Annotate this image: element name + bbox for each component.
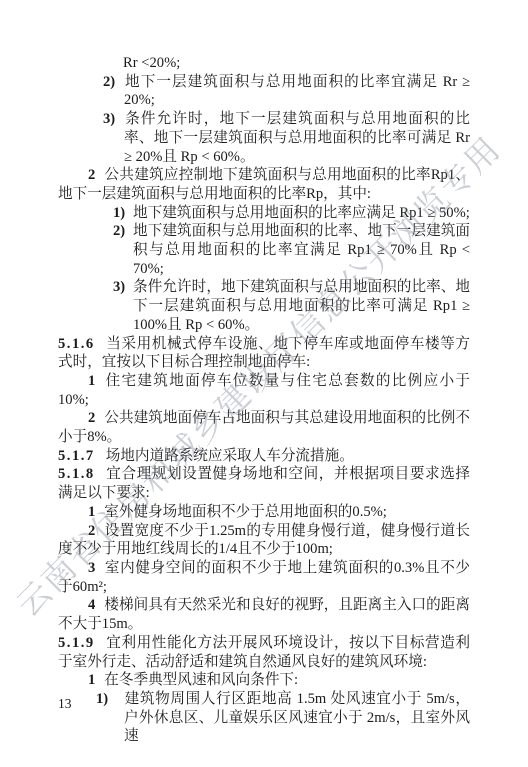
page-number: 13 bbox=[58, 696, 72, 712]
paragraph-label: 2 bbox=[88, 410, 95, 426]
paragraph: 2)地下一层建筑面积与总用地面积的比率宜满足 Rr ≥ 20%; bbox=[58, 73, 470, 110]
paragraph-text: 当采用机械式停车设施、地下停车库或地面停车楼等方式时，宜按以下目标合理控制地面停… bbox=[58, 336, 470, 371]
paragraph: 1住宅建筑地面停车位数量与住宅总套数的比例应小于10%; bbox=[58, 372, 470, 409]
paragraph-label: 5.1.9 bbox=[58, 635, 95, 651]
paragraph-text: 建筑物周围人行区距地高 1.5m 处风速宜小于 5m/s，户外休息区、儿童娱乐区… bbox=[124, 691, 470, 744]
paragraph-text: 在冬季典型风速和风向条件下: bbox=[104, 672, 298, 688]
paragraph-label: 2 bbox=[88, 523, 95, 539]
paragraph-text: Rr <20%; bbox=[123, 55, 180, 71]
paragraph-label: 1) bbox=[96, 690, 124, 709]
paragraph: 3室内健身空间的面积不少于地上建筑面积的0.3%且不少于60m²; bbox=[58, 559, 470, 596]
paragraph-text: 公共建筑应控制地下建筑面积与总用地面积的比率Rp1、地下一层建筑面积与总用地面积… bbox=[58, 167, 470, 202]
paragraph: 2公共建筑应控制地下建筑面积与总用地面积的比率Rp1、地下一层建筑面积与总用地面… bbox=[58, 166, 470, 203]
paragraph-text: 宜利用性能化方法开展风环境设计，按以下目标营造利于室外行走、活动舒适和建筑自然通… bbox=[58, 635, 470, 670]
document-body: Rr <20%;2)地下一层建筑面积与总用地面积的比率宜满足 Rr ≥ 20%;… bbox=[58, 54, 470, 746]
paragraph-text: 楼梯间具有天然采光和良好的视野，且距离主入口的距离不大于15m。 bbox=[58, 597, 470, 632]
paragraph: 5.1.9宜利用性能化方法开展风环境设计，按以下目标营造利于室外行走、活动舒适和… bbox=[58, 634, 470, 671]
paragraph: 3)条件允许时，地下建筑面积与总用地面积的比率、地下一层建筑面积与总用地面积的比… bbox=[58, 278, 470, 334]
paragraph-text: 地下一层建筑面积与总用地面积的比率宜满足 Rr ≥ 20%; bbox=[124, 74, 470, 109]
paragraph: 2公共建筑地面停车占地面积与其总建设用地面积的比例不小于8%。 bbox=[58, 409, 470, 446]
paragraph: 1)地下建筑面积与总用地面积的比率应满足 Rp1 ≥ 50%; bbox=[58, 204, 470, 223]
paragraph-label: 3) bbox=[103, 110, 124, 129]
paragraph: 2)地下建筑面积与总用地面积的比率、地下一层建筑面积与总用地面积的比率宜满足 R… bbox=[58, 222, 470, 278]
paragraph: 4楼梯间具有天然采光和良好的视野，且距离主入口的距离不大于15m。 bbox=[58, 596, 470, 633]
paragraph-label: 2) bbox=[113, 222, 133, 241]
paragraph-text: 公共建筑地面停车占地面积与其总建设用地面积的比例不小于8%。 bbox=[58, 410, 470, 445]
paragraph-label: 1 bbox=[88, 504, 95, 520]
paragraph: 1)建筑物周围人行区距地高 1.5m 处风速宜小于 5m/s，户外休息区、儿童娱… bbox=[58, 690, 470, 746]
paragraph-label: 1) bbox=[113, 204, 133, 223]
paragraph-label: 2 bbox=[88, 167, 95, 183]
paragraph: Rr <20%; bbox=[58, 54, 470, 73]
paragraph-text: 场地内道路系统应采取人车分流措施。 bbox=[106, 448, 354, 464]
paragraph-label: 3 bbox=[88, 560, 95, 576]
paragraph-label: 2) bbox=[103, 73, 124, 92]
paragraph: 3)条件允许时，地下一层建筑面积与总用地面积的比率、地下一层建筑面积与总用地面积… bbox=[58, 110, 470, 166]
paragraph: 5.1.7场地内道路系统应采取人车分流措施。 bbox=[58, 447, 470, 466]
paragraph-label: 1 bbox=[88, 672, 95, 688]
paragraph: 1室外健身场地面积不少于总用地面积的0.5%; bbox=[58, 503, 470, 522]
paragraph-label: 5.1.8 bbox=[58, 466, 95, 482]
paragraph-label: 5.1.6 bbox=[58, 336, 95, 352]
paragraph-label: 3) bbox=[113, 278, 133, 297]
paragraph-text: 住宅建筑地面停车位数量与住宅总套数的比例应小于10%; bbox=[58, 373, 470, 408]
paragraph: 5.1.8宜合理规划设置健身场地和空间，并根据项目要求选择满足以下要求: bbox=[58, 465, 470, 502]
paragraph: 5.1.6当采用机械式停车设施、地下停车库或地面停车楼等方式时，宜按以下目标合理… bbox=[58, 335, 470, 372]
paragraph: 2设置宽度不少于1.25m的专用健身慢行道，健身慢行道长度不少于用地红线周长的1… bbox=[58, 522, 470, 559]
document-page: Rr <20%;2)地下一层建筑面积与总用地面积的比率宜满足 Rr ≥ 20%;… bbox=[0, 0, 528, 767]
paragraph: 1在冬季典型风速和风向条件下: bbox=[58, 671, 470, 690]
paragraph-text: 室内健身空间的面积不少于地上建筑面积的0.3%且不少于60m²; bbox=[58, 560, 470, 595]
paragraph-label: 1 bbox=[88, 373, 95, 389]
paragraph-label: 4 bbox=[88, 597, 95, 613]
paragraph-text: 宜合理规划设置健身场地和空间，并根据项目要求选择满足以下要求: bbox=[58, 466, 470, 501]
paragraph-text: 设置宽度不少于1.25m的专用健身慢行道，健身慢行道长度不少于用地红线周长的1/… bbox=[58, 523, 470, 558]
paragraph-text: 条件允许时，地下一层建筑面积与总用地面积的比率、地下一层建筑面积与总用地面积的比… bbox=[124, 111, 470, 164]
paragraph-text: 地下建筑面积与总用地面积的比率应满足 Rp1 ≥ 50%; bbox=[133, 205, 470, 221]
paragraph-label: 5.1.7 bbox=[58, 448, 95, 464]
paragraph-text: 地下建筑面积与总用地面积的比率、地下一层建筑面积与总用地面积的比率宜满足 Rp1… bbox=[133, 223, 470, 276]
paragraph-text: 室外健身场地面积不少于总用地面积的0.5%; bbox=[104, 504, 387, 520]
paragraph-text: 条件允许时，地下建筑面积与总用地面积的比率、地下一层建筑面积与总用地面积的比率可… bbox=[133, 279, 470, 332]
